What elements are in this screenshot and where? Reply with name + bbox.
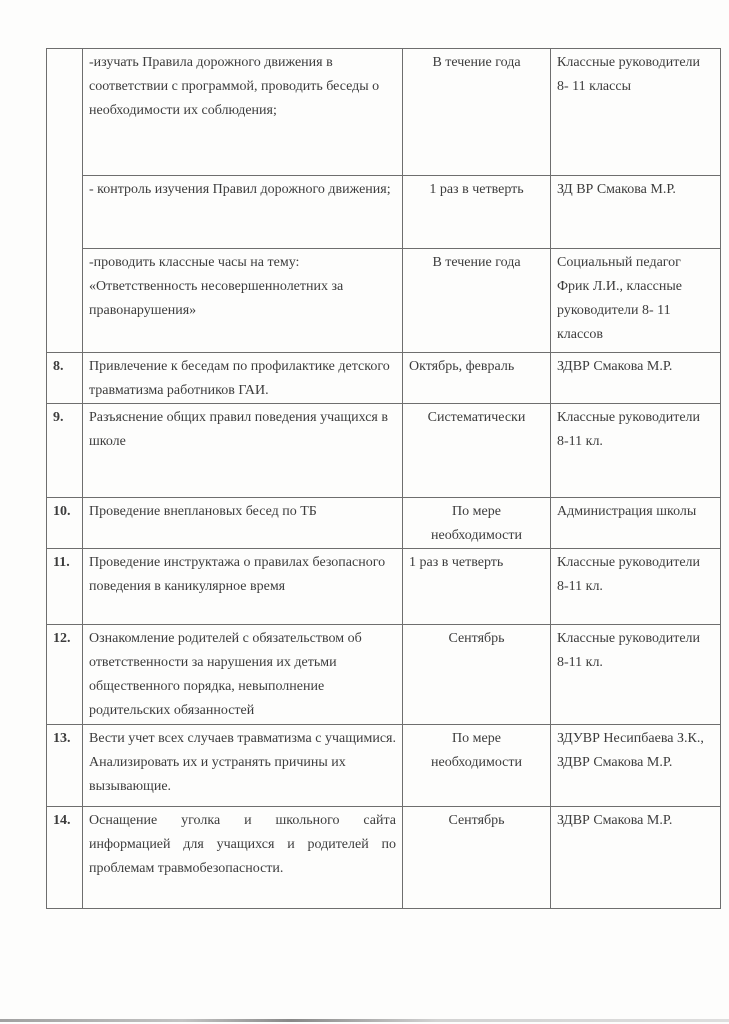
activity-cell: Привлечение к беседам по профилактике де… [83,353,403,404]
responsible-cell: Классные руководители 8-11 кл. [551,549,721,625]
row-number: 9. [47,404,83,498]
timing-cell: В течение года [403,249,551,353]
table-row: 11. Проведение инструктажа о правилах бе… [47,549,721,625]
responsible-cell: Администрация школы [551,498,721,549]
timing-cell: Сентябрь [403,625,551,725]
scan-edge-line [0,1019,729,1022]
responsible-cell: Социальный педагог Фрик Л.И., классные р… [551,249,721,353]
activity-plan-table: -изучать Правила дорожного движения в со… [46,48,721,909]
responsible-cell: Классные руководители 8-11 кл. [551,404,721,498]
row-number [47,49,83,353]
timing-cell: В течение года [403,49,551,176]
activity-cell: Разъяснение общих правил поведения учащи… [83,404,403,498]
table-row: 9. Разъяснение общих правил поведения уч… [47,404,721,498]
table-row: 13. Вести учет всех случаев травматизма … [47,725,721,807]
table-row: 10. Проведение внеплановых бесед по ТБ П… [47,498,721,549]
activity-cell: Ознакомление родителей с обязательством … [83,625,403,725]
timing-cell: 1 раз в четверть [403,549,551,625]
activity-cell: Вести учет всех случаев травматизма с уч… [83,725,403,807]
row-number: 8. [47,353,83,404]
scanned-document-page: -изучать Правила дорожного движения в со… [0,0,729,1024]
row-number: 11. [47,549,83,625]
timing-cell: Октябрь, февраль [403,353,551,404]
table-row: -изучать Правила дорожного движения в со… [47,49,721,176]
table-row: -проводить классные часы на тему: «Ответ… [47,249,721,353]
timing-cell: Сентябрь [403,807,551,909]
activity-cell: -проводить классные часы на тему: «Ответ… [83,249,403,353]
row-number: 14. [47,807,83,909]
activity-cell: Проведение внеплановых бесед по ТБ [83,498,403,549]
table-row: - контроль изучения Правил дорожного дви… [47,176,721,249]
timing-cell: 1 раз в четверть [403,176,551,249]
activity-cell: -изучать Правила дорожного движения в со… [83,49,403,176]
activity-cell: Проведение инструктажа о правилах безопа… [83,549,403,625]
row-number: 12. [47,625,83,725]
row-number: 10. [47,498,83,549]
responsible-cell: ЗДУВР Несипбаева З.К., ЗДВР Смакова М.Р. [551,725,721,807]
timing-cell: Систематически [403,404,551,498]
activity-cell: - контроль изучения Правил дорожного дви… [83,176,403,249]
timing-cell: По мере необходимости [403,498,551,549]
responsible-cell: ЗДВР Смакова М.Р. [551,353,721,404]
timing-cell: По мере необходимости [403,725,551,807]
responsible-cell: ЗДВР Смакова М.Р. [551,807,721,909]
row-number: 13. [47,725,83,807]
responsible-cell: Классные руководители 8-11 кл. [551,625,721,725]
responsible-cell: ЗД ВР Смакова М.Р. [551,176,721,249]
table-row: 14. Оснащение уголка и школьного сайта и… [47,807,721,909]
table-row: 12. Ознакомление родителей с обязательст… [47,625,721,725]
responsible-cell: Классные руководители 8- 11 классы [551,49,721,176]
table-row: 8. Привлечение к беседам по профилактике… [47,353,721,404]
activity-cell: Оснащение уголка и школьного сайта инфор… [83,807,403,909]
